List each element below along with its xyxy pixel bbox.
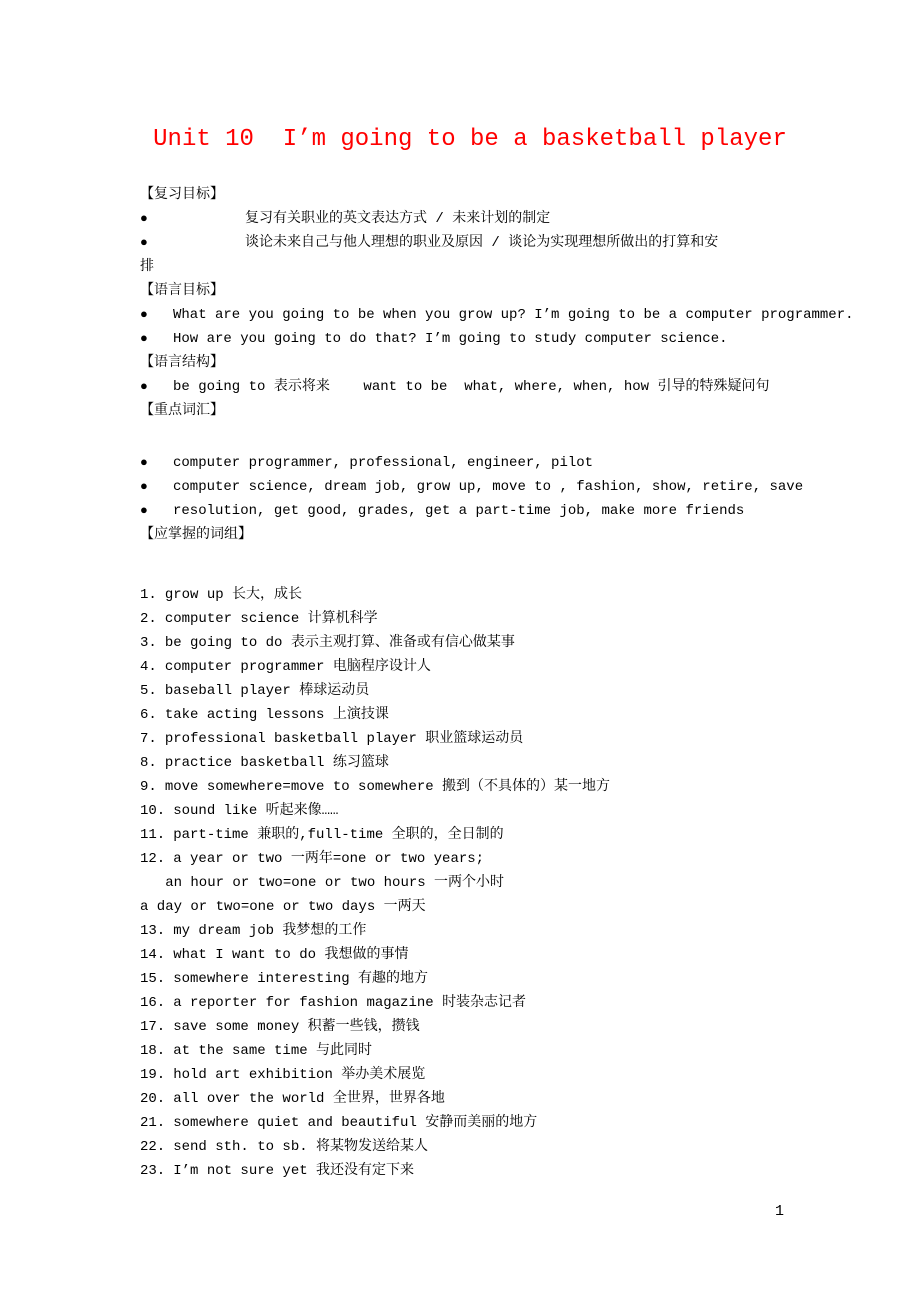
numbered-item: 19.hold art exhibition 举办美术展览 — [140, 1063, 800, 1087]
continuation-line-text: a day or two=one or two days 一两天 — [140, 895, 426, 919]
numbered-item-number: 12. — [140, 847, 165, 871]
numbered-item: 4.computer programmer 电脑程序设计人 — [140, 655, 800, 679]
numbered-item-text: save some money 积蓄一些钱，攒钱 — [173, 1015, 419, 1039]
continuation-line-text: an hour or two=one or two hours 一两个小时 — [140, 871, 504, 895]
numbered-item: 14.what I want to do 我想做的事情 — [140, 943, 800, 967]
bullet-item: ●be going to 表示将来 want to be what, where… — [140, 375, 800, 399]
numbered-item-number: 7. — [140, 727, 157, 751]
numbered-item-number: 15. — [140, 967, 165, 991]
numbered-item: 12.a year or two 一两年=one or two years; — [140, 847, 800, 871]
numbered-item-text: what I want to do 我想做的事情 — [173, 943, 408, 967]
numbered-item: 21.somewhere quiet and beautiful 安静而美丽的地… — [140, 1111, 800, 1135]
numbered-item-number: 9. — [140, 775, 157, 799]
numbered-item: 8.practice basketball 练习篮球 — [140, 751, 800, 775]
section-heading: 【语言结构】 — [140, 351, 800, 375]
numbered-item: 13.my dream job 我梦想的工作 — [140, 919, 800, 943]
bullet-item-text: be going to 表示将来 want to be what, where,… — [173, 375, 769, 399]
numbered-item-number: 11. — [140, 823, 165, 847]
numbered-item-number: 21. — [140, 1111, 165, 1135]
numbered-item-number: 23. — [140, 1159, 165, 1183]
numbered-item: 7.professional basketball player 职业篮球运动员 — [140, 727, 800, 751]
blank-line — [140, 423, 800, 451]
continuation-line: a day or two=one or two days 一两天 — [140, 895, 800, 919]
bullet-item-text: 复习有关职业的英文表达方式 / 未来计划的制定 — [245, 207, 550, 231]
bullet-item: ●How are you going to do that? I’m going… — [140, 327, 800, 351]
section-heading-label: 【语言结构】 — [140, 351, 224, 375]
bullet-item-text: computer programmer, professional, engin… — [173, 451, 593, 475]
section-heading-label: 【重点词汇】 — [140, 399, 224, 423]
numbered-item-text: take acting lessons 上演技课 — [165, 703, 389, 727]
bullet-item-text: 谈论未来自己与他人理想的职业及原因 / 谈论为实现理想所做出的打算和安 — [245, 231, 718, 255]
bullet-item: ●resolution, get good, grades, get a par… — [140, 499, 800, 523]
section-heading: 【应掌握的词组】 — [140, 523, 800, 547]
bullet-icon: ● — [140, 499, 173, 523]
blank-line — [140, 547, 800, 583]
section-heading-label: 【复习目标】 — [140, 183, 224, 207]
numbered-item-number: 10. — [140, 799, 165, 823]
section-heading: 【复习目标】 — [140, 183, 800, 207]
document-page: Unit 10 I’m going to be a basketball pla… — [0, 0, 920, 1302]
bullet-icon: ● — [140, 327, 173, 351]
bullet-item-text: What are you going to be when you grow u… — [173, 303, 854, 327]
numbered-item-number: 16. — [140, 991, 165, 1015]
bullet-icon: ● — [140, 475, 173, 499]
numbered-item-number: 5. — [140, 679, 157, 703]
bullet-icon: ● — [140, 375, 173, 399]
numbered-item: 15.somewhere interesting 有趣的地方 — [140, 967, 800, 991]
numbered-item: 2.computer science 计算机科学 — [140, 607, 800, 631]
numbered-item-number: 13. — [140, 919, 165, 943]
numbered-item-number: 18. — [140, 1039, 165, 1063]
continuation-line: 排 — [140, 255, 800, 279]
numbered-item-text: at the same time 与此同时 — [173, 1039, 372, 1063]
numbered-item: 3.be going to do 表示主观打算、准备或有信心做某事 — [140, 631, 800, 655]
bullet-item: ●复习有关职业的英文表达方式 / 未来计划的制定 — [140, 207, 800, 231]
numbered-item-text: a year or two 一两年=one or two years; — [173, 847, 484, 871]
numbered-item-number: 3. — [140, 631, 157, 655]
numbered-item-number: 4. — [140, 655, 157, 679]
bullet-icon: ● — [140, 451, 173, 475]
bullet-item-text: computer science, dream job, grow up, mo… — [173, 475, 803, 499]
section-heading-label: 【语言目标】 — [140, 279, 224, 303]
continuation-line-text: 排 — [140, 255, 154, 279]
numbered-item-number: 19. — [140, 1063, 165, 1087]
page-number: 1 — [775, 1202, 784, 1222]
section-heading: 【重点词汇】 — [140, 399, 800, 423]
numbered-item-text: somewhere interesting 有趣的地方 — [173, 967, 428, 991]
numbered-item-text: practice basketball 练习篮球 — [165, 751, 389, 775]
numbered-item-number: 17. — [140, 1015, 165, 1039]
numbered-item: 17.save some money 积蓄一些钱，攒钱 — [140, 1015, 800, 1039]
numbered-item: 5.baseball player 棒球运动员 — [140, 679, 800, 703]
numbered-item: 10.sound like 听起来像…… — [140, 799, 800, 823]
bullet-item: ●computer science, dream job, grow up, m… — [140, 475, 800, 499]
numbered-item-number: 20. — [140, 1087, 165, 1111]
bullet-icon: ● — [140, 231, 245, 255]
numbered-item-text: be going to do 表示主观打算、准备或有信心做某事 — [165, 631, 515, 655]
numbered-item-number: 2. — [140, 607, 157, 631]
numbered-item-number: 6. — [140, 703, 157, 727]
section-heading: 【语言目标】 — [140, 279, 800, 303]
numbered-item-text: computer programmer 电脑程序设计人 — [165, 655, 431, 679]
numbered-item-text: a reporter for fashion magazine 时装杂志记者 — [173, 991, 526, 1015]
continuation-line: an hour or two=one or two hours 一两个小时 — [140, 871, 800, 895]
document-title: Unit 10 I’m going to be a basketball pla… — [140, 125, 800, 155]
document-body: 【复习目标】●复习有关职业的英文表达方式 / 未来计划的制定●谈论未来自己与他人… — [140, 183, 800, 1183]
bullet-item-text: resolution, get good, grades, get a part… — [173, 499, 744, 523]
numbered-item-number: 8. — [140, 751, 157, 775]
numbered-item-text: baseball player 棒球运动员 — [165, 679, 369, 703]
numbered-item: 20.all over the world 全世界，世界各地 — [140, 1087, 800, 1111]
numbered-item: 6.take acting lessons 上演技课 — [140, 703, 800, 727]
numbered-item-text: hold art exhibition 举办美术展览 — [173, 1063, 425, 1087]
bullet-icon: ● — [140, 207, 245, 231]
numbered-item-number: 1. — [140, 583, 157, 607]
bullet-item: ●谈论未来自己与他人理想的职业及原因 / 谈论为实现理想所做出的打算和安 — [140, 231, 800, 255]
bullet-item-text: How are you going to do that? I’m going … — [173, 327, 728, 351]
numbered-item: 22.send sth. to sb. 将某物发送给某人 — [140, 1135, 800, 1159]
numbered-item-text: move somewhere=move to somewhere 搬到（不具体的… — [165, 775, 610, 799]
numbered-item-text: part-time 兼职的,full-time 全职的，全日制的 — [173, 823, 503, 847]
numbered-item-text: sound like 听起来像…… — [173, 799, 338, 823]
numbered-item-text: my dream job 我梦想的工作 — [173, 919, 366, 943]
numbered-item: 9.move somewhere=move to somewhere 搬到（不具… — [140, 775, 800, 799]
numbered-item-text: all over the world 全世界，世界各地 — [173, 1087, 445, 1111]
numbered-item-text: computer science 计算机科学 — [165, 607, 378, 631]
numbered-item: 18.at the same time 与此同时 — [140, 1039, 800, 1063]
numbered-item-text: send sth. to sb. 将某物发送给某人 — [173, 1135, 428, 1159]
numbered-item: 16.a reporter for fashion magazine 时装杂志记… — [140, 991, 800, 1015]
document-content: Unit 10 I’m going to be a basketball pla… — [140, 125, 800, 1183]
numbered-item-text: I’m not sure yet 我还没有定下来 — [173, 1159, 414, 1183]
numbered-item: 1.grow up 长大，成长 — [140, 583, 800, 607]
bullet-icon: ● — [140, 303, 173, 327]
numbered-item-text: somewhere quiet and beautiful 安静而美丽的地方 — [173, 1111, 537, 1135]
section-heading-label: 【应掌握的词组】 — [140, 523, 252, 547]
numbered-item-number: 22. — [140, 1135, 165, 1159]
bullet-item: ●computer programmer, professional, engi… — [140, 451, 800, 475]
numbered-item: 11.part-time 兼职的,full-time 全职的，全日制的 — [140, 823, 800, 847]
numbered-item: 23.I’m not sure yet 我还没有定下来 — [140, 1159, 800, 1183]
numbered-item-text: grow up 长大，成长 — [165, 583, 302, 607]
numbered-item-number: 14. — [140, 943, 165, 967]
numbered-item-text: professional basketball player 职业篮球运动员 — [165, 727, 523, 751]
bullet-item: ●What are you going to be when you grow … — [140, 303, 800, 327]
